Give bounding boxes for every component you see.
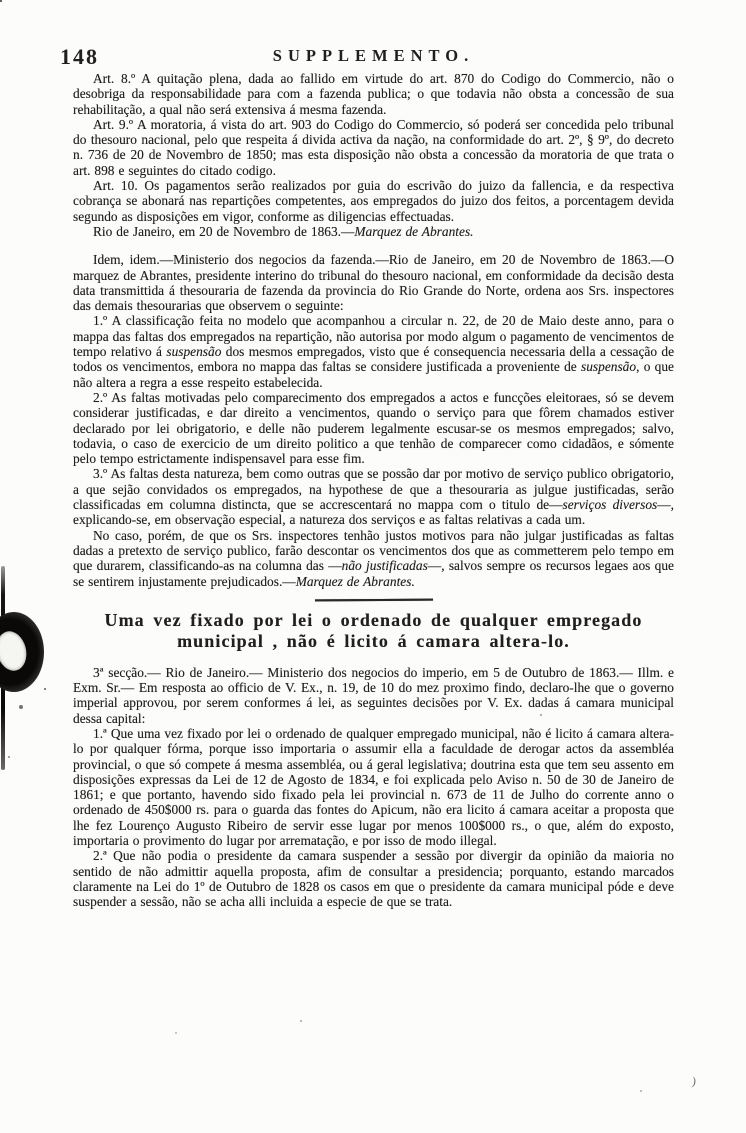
page-header: 148 SUPPLEMENTO. (73, 42, 674, 68)
paragraph: 2.º As faltas motivadas pelo comparecime… (73, 390, 674, 466)
section-divider (314, 598, 432, 601)
text-run: 1.ª Que uma vez fixado por lei o ordenad… (73, 726, 674, 848)
paragraph: Art. 8.º A quitação plena, dada ao falli… (73, 71, 674, 117)
text-run: 2.ª Que não podia o presidente da camara… (73, 848, 674, 909)
page-header-title: SUPPLEMENTO. (73, 46, 674, 66)
paragraph: 1.º A classificação feita no modelo que … (73, 313, 674, 389)
italic-text-run: não justificadas (342, 558, 428, 573)
text-run: Art. 10. Os pagamentos serão realizados … (73, 178, 674, 224)
paper-specks (0, 0, 2, 2)
text-run: Art. 9.º A moratoria, á vista do art. 90… (73, 117, 674, 178)
italic-text-run: suspensão (166, 344, 221, 359)
paragraph: Idem, idem.—Ministerio dos negocios da f… (73, 252, 674, 313)
text-run: 3ª secção.— Rio de Janeiro.— Ministerio … (73, 665, 674, 726)
paragraph: Art. 10. Os pagamentos serão realizados … (73, 178, 674, 224)
paragraph: Rio de Janeiro, em 20 de Novembro de 186… (73, 224, 674, 239)
text-run: Rio de Janeiro, em 20 de Novembro de 186… (93, 224, 354, 239)
italic-text-run: serviços diversos (562, 497, 657, 512)
section-heading: Uma vez fixado por lei o ordenado de qua… (73, 610, 674, 652)
scanned-document-page: 148 SUPPLEMENTO. Art. 8.º A quitação ple… (0, 0, 746, 1133)
italic-text-run: suspensão (581, 359, 636, 374)
text-run: Uma vez fixado por lei o ordenado de qua… (104, 610, 642, 651)
document-body: Art. 8.º A quitação plena, dada ao falli… (73, 71, 674, 910)
paragraph: 3.º As faltas desta natureza, bem como o… (73, 466, 674, 527)
italic-text-run: Marquez de Abrantes. (296, 574, 415, 589)
text-run: Art. 8.º A quitação plena, dada ao falli… (73, 71, 674, 117)
paragraph: Art. 9.º A moratoria, á vista do art. 90… (73, 117, 674, 178)
paragraph: 3ª secção.— Rio de Janeiro.— Ministerio … (73, 665, 674, 726)
paragraph: No caso, porém, de que os Srs. inspector… (73, 528, 674, 589)
stray-mark: ) (691, 1074, 697, 1089)
text-run: Idem, idem.—Ministerio dos negocios da f… (73, 252, 674, 313)
paragraph: 2.ª Que não podia o presidente da camara… (73, 848, 674, 909)
italic-text-run: Marquez de Abrantes. (354, 224, 473, 239)
text-run: 2.º As faltas motivadas pelo comparecime… (73, 390, 674, 466)
paragraph: 1.ª Que uma vez fixado por lei o ordenad… (73, 726, 674, 848)
